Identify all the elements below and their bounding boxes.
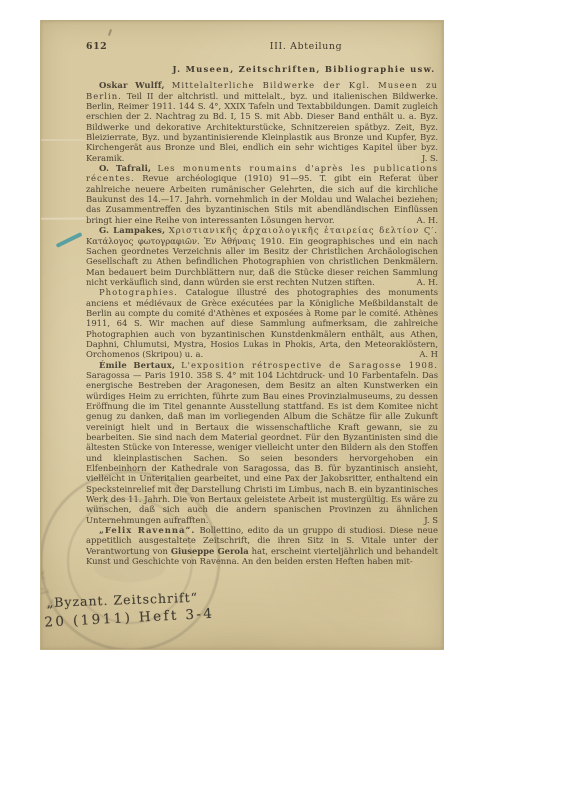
entry-author: G. Lampakes, <box>99 225 165 235</box>
running-head: 612 III. Abteilung <box>86 42 438 55</box>
entry-body: Catalogue illustré des photographies des… <box>86 287 438 359</box>
entry-author: Émile Bertaux, <box>99 360 175 370</box>
entry-signature: J. S. <box>409 153 438 163</box>
pencil-check-mark <box>56 232 83 248</box>
entry-signature: A. H <box>406 349 438 359</box>
page-number: 612 <box>86 42 107 52</box>
entry-body: Revue archéologique (1910) 91—95. T. gib… <box>86 173 438 224</box>
review-entry-tafrali: O. Tafrali, Les monuments roumains d'apr… <box>86 163 438 225</box>
entry-title-greek: Χριστιανικῆς ἀρχαιολογικῆς ἑταιρείας δελ… <box>169 225 438 235</box>
entry-signature: A. H. <box>404 215 438 225</box>
entry-body: Teil II der altchristl. und mittelalt., … <box>86 91 438 163</box>
entry-signature: A. H. <box>404 277 438 287</box>
entry-title: L'exposition rétrospective de Saragosse … <box>181 360 438 370</box>
section-heading: J. Museen, Zeitschriften, Bibliographie … <box>128 64 444 74</box>
ownership-stamp: „Byzant. Zeitschrift“ 20 (1911) Heft 3-4 <box>46 589 217 629</box>
entry-author: O. Tafrali, <box>99 163 151 173</box>
paper-fleck <box>108 29 112 36</box>
entry-title: Photographies. <box>99 287 178 297</box>
scanned-page: 612 III. Abteilung J. Museen, Zeitschrif… <box>40 20 444 650</box>
review-entry-photographies: Photographies. Catalogue illustré des ph… <box>86 287 438 359</box>
review-entry-lampakes: G. Lampakes, Χριστιανικῆς ἀρχαιολογικῆς … <box>86 225 438 287</box>
scan-canvas: { "header": { "page_number": "612", "run… <box>0 0 581 800</box>
entry-signature: J. S <box>411 515 438 525</box>
review-entry-wulff: Oskar Wulff, Mittelalterliche Bildwerke … <box>86 80 438 163</box>
running-title: III. Abteilung <box>270 42 343 52</box>
entry-body: Κατάλογος φωτογραφιῶν. Ἐν Ἀθήναις 1910. … <box>86 236 438 287</box>
entry-author: Oskar Wulff, <box>99 80 165 90</box>
